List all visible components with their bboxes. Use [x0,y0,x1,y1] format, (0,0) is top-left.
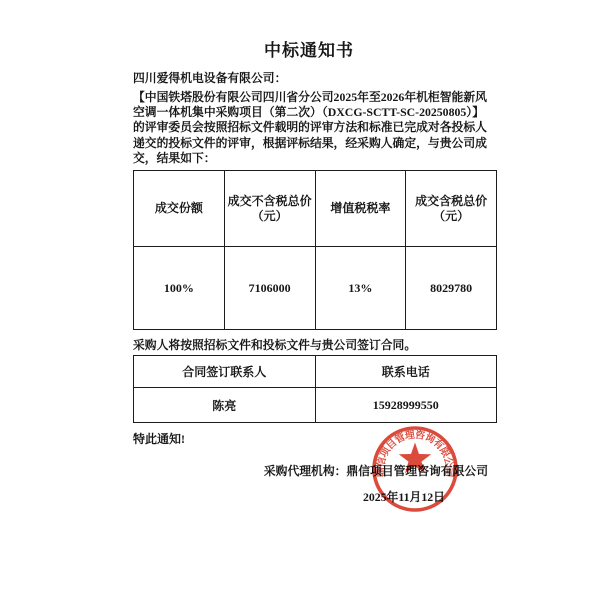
body-line-1: 【中国铁塔股份有限公司四川省分公司2025年至2026年机柜智能新风 [133,90,484,105]
contact-header-person: 合同签订联系人 [134,356,316,388]
body-line-3: 的评审委员会按照招标文件载明的评审方法和标准已完成对各投标人 [133,120,484,135]
date-line: 2025年11月12日 [363,488,445,505]
result-value-price-excl-tax: 7106000 [224,247,315,330]
contract-note: 采购人将按照招标文件和投标文件与贵公司签订合同。 [133,336,416,353]
result-header-vat-rate: 增值税税率 [315,171,406,247]
result-table-header-row: 成交份额 成交不含税总价 （元） 增值税税率 成交含税总价 （元） [134,171,497,247]
result-value-price-incl-tax: 8029780 [406,247,497,330]
body-line-2: 空调一体机集中采购项目（第二次）（DXCG-SCTT-SC-20250805）】 [133,105,484,120]
body-line-5: 交，结果如下： [133,151,484,166]
body-line-4: 递交的投标文件的评审，根据评标结果，经采购人确定，与贵公司成 [133,136,484,151]
closing-line: 特此通知! [133,430,185,447]
result-table-value-row: 100% 7106000 13% 8029780 [134,247,497,330]
result-header-price-incl-tax: 成交含税总价 （元） [406,171,497,247]
contact-table: 合同签订联系人 联系电话 陈亮 15928999550 [133,355,497,423]
result-value-share: 100% [134,247,225,330]
result-table: 成交份额 成交不含税总价 （元） 增值税税率 成交含税总价 （元） 100% 7… [133,170,497,330]
contact-header-phone: 联系电话 [315,356,497,388]
addressee-line: 四川爱得机电设备有限公司： [133,69,286,86]
contact-value-person: 陈亮 [134,388,316,423]
result-header-price-excl-tax: 成交不含税总价 （元） [224,171,315,247]
contact-value-phone: 15928999550 [315,388,497,423]
result-header-share: 成交份额 [134,171,225,247]
contact-table-header-row: 合同签订联系人 联系电话 [134,356,497,388]
contact-table-value-row: 陈亮 15928999550 [134,388,497,423]
procurement-agency-line: 采购代理机构：鼎信项目管理咨询有限公司 [264,462,488,479]
notice-document-page: 中标通知书 四川爱得机电设备有限公司： 【中国铁塔股份有限公司四川省分公司202… [0,0,600,600]
body-paragraph: 【中国铁塔股份有限公司四川省分公司2025年至2026年机柜智能新风 空调一体机… [133,90,484,166]
page-title: 中标通知书 [133,36,485,61]
result-value-vat-rate: 13% [315,247,406,330]
